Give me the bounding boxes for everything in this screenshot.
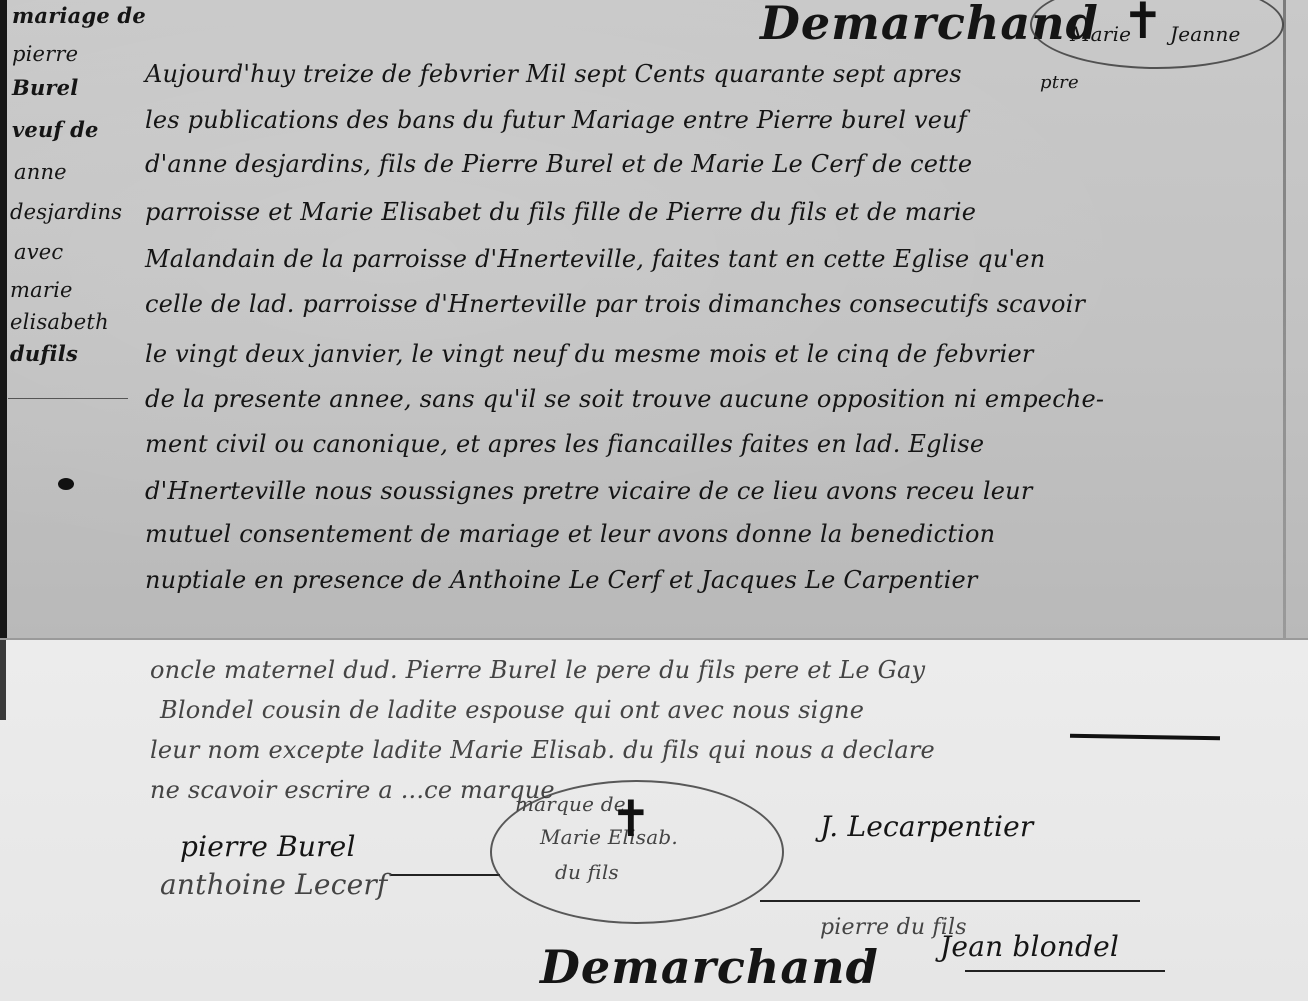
body-line: Malandain de la parroisse d'Hnerteville,… xyxy=(145,245,1045,273)
continuation-line: ne scavoir escrire a ...ce marque xyxy=(150,776,555,804)
signature-underline xyxy=(390,874,500,876)
margin-line: elisabeth xyxy=(10,310,109,334)
body-line: d'Hnerteville nous soussignes pretre vic… xyxy=(145,477,1033,505)
signature-jean-blondel: Jean blondel xyxy=(940,930,1119,963)
body-line: celle de lad. parroisse d'Hnerteville pa… xyxy=(145,290,1085,318)
signature-demarchand-bottom: Demarchand xyxy=(540,940,879,994)
signature-ptre: ptre xyxy=(1040,72,1079,93)
signature-marie-elisab: Marie Elisab. xyxy=(540,825,678,849)
body-line: de la presente annee, sans qu'il se soit… xyxy=(145,385,1104,413)
signature-anthoine-lecerf: anthoine Lecerf xyxy=(160,868,388,901)
body-line: le vingt deux janvier, le vingt neuf du … xyxy=(145,340,1034,368)
body-line: parroisse et Marie Elisabet du fils fill… xyxy=(145,198,976,226)
margin-line: marie xyxy=(10,278,73,302)
ink-blot xyxy=(58,478,74,490)
strikethrough xyxy=(1070,734,1220,741)
signature-underline xyxy=(965,970,1165,972)
margin-line: veuf de xyxy=(12,118,99,142)
margin-line: pierre xyxy=(12,42,78,66)
body-line: Aujourd'huy treize de febvrier Mil sept … xyxy=(145,60,962,88)
continuation-line: oncle maternel dud. Pierre Burel le pere… xyxy=(150,656,925,684)
cross-mark-icon: ✝ xyxy=(1122,0,1164,50)
register-page-bottom: oncle maternel dud. Pierre Burel le pere… xyxy=(0,638,1308,1001)
margin-line: avec xyxy=(14,240,63,264)
continuation-line: leur nom excepte ladite Marie Elisab. du… xyxy=(150,736,935,764)
margin-line: dufils xyxy=(10,342,78,366)
body-line: d'anne desjardins, fils de Pierre Burel … xyxy=(145,150,972,178)
margin-line: Burel xyxy=(12,76,78,100)
cross-mark-icon: ✝ xyxy=(610,790,652,848)
margin-line: desjardins xyxy=(10,200,122,224)
margin-divider xyxy=(8,398,128,399)
body-line: les publications des bans du futur Maria… xyxy=(145,106,967,134)
signature-lecarpentier: J. Lecarpentier xyxy=(820,810,1033,843)
body-line: mutuel consentement de mariage et leur a… xyxy=(145,520,995,548)
margin-line: mariage de xyxy=(12,4,146,28)
signature-underline xyxy=(760,900,1140,902)
signature-pierre-burel: pierre Burel xyxy=(180,830,356,863)
body-line: ment civil ou canonique, et apres les fi… xyxy=(145,430,984,458)
continuation-line: Blondel cousin de ladite espouse qui ont… xyxy=(160,696,864,724)
signature-dufils: du fils xyxy=(555,860,619,884)
register-page-top: mariage de pierre Burel veuf de anne des… xyxy=(0,0,1308,638)
margin-line: anne xyxy=(14,160,67,184)
body-line: nuptiale en presence de Anthoine Le Cerf… xyxy=(145,566,978,594)
